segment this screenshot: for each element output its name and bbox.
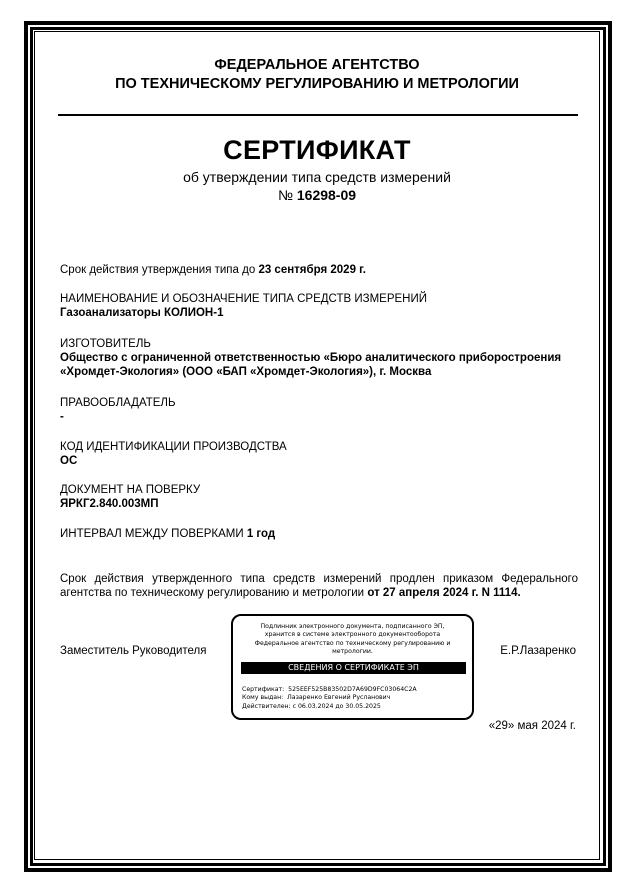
certificate-number-value: 16298-09 xyxy=(297,187,356,203)
stamp-cert-label: Сертификат: xyxy=(242,686,284,693)
field-production-code: КОД ИДЕНТИФИКАЦИИ ПРОИЗВОДСТВА ОС xyxy=(60,440,578,468)
certificate-title: СЕРТИФИКАТ xyxy=(34,134,600,166)
issue-date: «29» мая 2024 г. xyxy=(489,719,576,733)
stamp-notice-line-4: метрологии. xyxy=(233,648,472,656)
verification-doc-label: ДОКУМЕНТ НА ПОВЕРКУ xyxy=(60,483,578,497)
stamp-notice-line-2: хранится в системе электронного документ… xyxy=(233,631,472,639)
production-code-value: ОС xyxy=(60,454,578,468)
validity-line: Срок действия утверждения типа до 23 сен… xyxy=(60,263,578,277)
rights-holder-label: ПРАВООБЛАДАТЕЛЬ xyxy=(60,396,578,410)
field-rights-holder: ПРАВООБЛАДАТЕЛЬ - xyxy=(60,396,578,424)
validity-label: Срок действия утверждения типа до xyxy=(60,264,255,276)
number-sign: № xyxy=(278,187,293,203)
agency-line-1: ФЕДЕРАЛЬНОЕ АГЕНТСТВО xyxy=(34,56,600,75)
manufacturer-label: ИЗГОТОВИТЕЛЬ xyxy=(60,337,578,351)
verification-doc-value: ЯРКГ2.840.003МП xyxy=(60,497,578,511)
field-verification-doc: ДОКУМЕНТ НА ПОВЕРКУ ЯРКГ2.840.003МП xyxy=(60,483,578,511)
field-verification-interval: ИНТЕРВАЛ МЕЖДУ ПОВЕРКАМИ 1 год xyxy=(60,527,578,541)
stamp-banner: СВЕДЕНИЯ О СЕРТИФИКАТЕ ЭП xyxy=(241,662,466,674)
type-name-label: НАИМЕНОВАНИЕ И ОБОЗНАЧЕНИЕ ТИПА СРЕДСТВ … xyxy=(60,292,578,306)
stamp-notice-line-3: Федеральное агентство по техническому ре… xyxy=(233,640,472,648)
stamp-issued-label: Кому выдан: xyxy=(242,694,283,701)
field-manufacturer: ИЗГОТОВИТЕЛЬ Общество с ограниченной отв… xyxy=(60,337,578,379)
manufacturer-value-line-2: «Хромдет-Экология» (ООО «БАП «Хромдет-Эк… xyxy=(60,365,578,379)
field-type-name: НАИМЕНОВАНИЕ И ОБОЗНАЧЕНИЕ ТИПА СРЕДСТВ … xyxy=(60,292,578,320)
header-divider xyxy=(58,114,578,116)
certificate-number: № 16298-09 xyxy=(34,186,600,204)
rights-holder-value: - xyxy=(60,410,578,424)
certificate-subtitle: об утверждении типа средств измерений xyxy=(34,168,600,186)
signer-name: Е.Р.Лазаренко xyxy=(500,644,576,658)
manufacturer-value-line-1: Общество с ограниченной ответственностью… xyxy=(60,351,578,365)
stamp-notice: Подлинник электронного документа, подпис… xyxy=(233,623,472,656)
production-code-label: КОД ИДЕНТИФИКАЦИИ ПРОИЗВОДСТВА xyxy=(60,440,578,454)
stamp-issued-value: Лазаренко Евгений Русланович xyxy=(287,694,390,701)
verification-interval-value: 1 год xyxy=(247,528,275,540)
agency-header: ФЕДЕРАЛЬНОЕ АГЕНТСТВО ПО ТЕХНИЧЕСКОМУ РЕ… xyxy=(34,56,600,94)
stamp-valid-row: Действителен: с 06.03.2024 до 30.05.2025 xyxy=(242,703,417,711)
verification-interval-label: ИНТЕРВАЛ МЕЖДУ ПОВЕРКАМИ xyxy=(60,528,244,540)
stamp-valid-value: с 06.03.2024 до 30.05.2025 xyxy=(293,703,381,710)
stamp-valid-label: Действителен: xyxy=(242,703,291,710)
agency-line-2: ПО ТЕХНИЧЕСКОМУ РЕГУЛИРОВАНИЮ И МЕТРОЛОГ… xyxy=(34,75,600,94)
extension-order: от 27 апреля 2024 г. N 1114. xyxy=(367,587,520,599)
stamp-cert-value: 525EEF525B83502D7A69D9FC03064C2A xyxy=(288,686,417,693)
type-name-value: Газоанализаторы КОЛИОН-1 xyxy=(60,306,578,320)
electronic-signature-stamp: Подлинник электронного документа, подпис… xyxy=(231,614,474,720)
signer-role: Заместитель Руководителя xyxy=(60,644,206,658)
validity-value: 23 сентября 2029 г. xyxy=(258,264,366,276)
extension-notice: Срок действия утвержденного типа средств… xyxy=(60,572,578,600)
stamp-details: Сертификат: 525EEF525B83502D7A69D9FC0306… xyxy=(242,686,417,711)
stamp-issued-row: Кому выдан: Лазаренко Евгений Русланович xyxy=(242,694,417,702)
